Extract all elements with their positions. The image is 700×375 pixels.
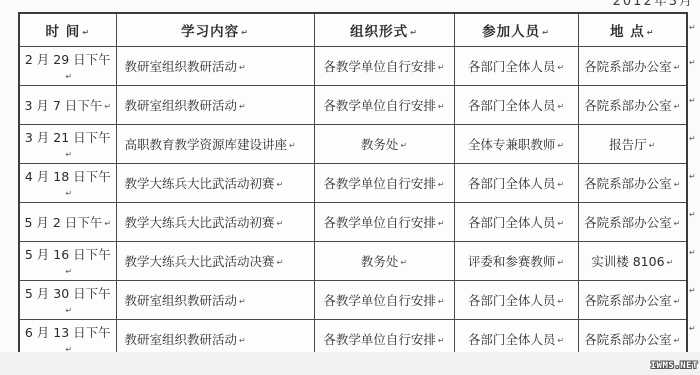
cell-text: 实训楼 8106	[591, 254, 664, 269]
row-end-mark-icon: ↵	[689, 211, 696, 219]
header-cell-2: 组织形式↵	[314, 13, 454, 47]
table-row: 4 月 18 日下午↵教学大练兵大比武活动初赛↵各教学单位自行安排↵各部门全体人…	[19, 164, 687, 203]
cell-text: 各院系部办公室	[584, 332, 672, 347]
schedule-table: 时 间↵学习内容↵组织形式↵参加人员↵地 点↵ 2 月 29 日下午↵教研室组织…	[18, 12, 688, 360]
cell-r0-c0: 2 月 29 日下午↵	[19, 47, 116, 86]
paragraph-mark-icon: ↵	[277, 180, 284, 189]
paragraph-mark-icon: ↵	[239, 297, 246, 306]
cell-r1-c2: 各教学单位自行安排↵	[314, 86, 454, 125]
paragraph-mark-icon: ↵	[400, 141, 407, 150]
paragraph-mark-icon: ↵	[65, 267, 72, 276]
cell-text: 教学大练兵大比武活动决赛	[125, 254, 275, 269]
header-cell-3: 参加人员↵	[454, 13, 578, 47]
cell-text: 报告厅	[609, 137, 647, 152]
cell-text: 5 月 16 日下午	[25, 247, 111, 262]
cell-text: 各部门全体人员	[468, 215, 556, 230]
paragraph-mark-icon: ↵	[241, 28, 249, 37]
header-cell-4: 地 点↵	[578, 13, 687, 47]
paragraph-mark-icon: ↵	[542, 28, 550, 37]
cell-r6-c3: 各部门全体人员↵	[454, 281, 578, 320]
cell-text: 2 月 29 日下午	[25, 52, 111, 67]
paragraph-mark-icon: ↵	[667, 258, 674, 267]
cell-text: 各院系部办公室	[584, 215, 672, 230]
table-row: 5 月 16 日下午↵教学大练兵大比武活动决赛↵教务处↵评委和参赛教师↵实训楼 …	[19, 242, 687, 281]
paragraph-mark-icon: ↵	[277, 258, 284, 267]
cell-text: 参加人员	[482, 24, 540, 40]
cell-r6-c0: 5 月 30 日下午↵	[19, 281, 116, 320]
row-end-mark-icon: ↵	[689, 135, 696, 143]
cell-text: 时 间	[46, 24, 81, 40]
paragraph-mark-icon: ↵	[410, 28, 418, 37]
bottom-strip	[0, 352, 700, 375]
cell-text: 各院系部办公室	[584, 176, 672, 191]
cell-text: 各教学单位自行安排	[323, 98, 436, 113]
cell-r2-c4: 报告厅↵	[578, 125, 687, 164]
paragraph-mark-icon: ↵	[104, 102, 111, 111]
paragraph-mark-icon: ↵	[239, 63, 246, 72]
cell-text: 各部门全体人员	[468, 332, 556, 347]
cell-r1-c0: 3 月 7 日下午↵	[19, 86, 116, 125]
paragraph-mark-icon: ↵	[557, 336, 564, 345]
paragraph-mark-icon: ↵	[65, 150, 72, 159]
paragraph-mark-icon: ↵	[239, 102, 246, 111]
cell-text: 学习内容	[181, 24, 239, 40]
cell-text: 全体专兼职教师	[468, 137, 556, 152]
cell-r3-c4: 各院系部办公室↵	[578, 164, 687, 203]
header-cell-1: 学习内容↵	[116, 13, 314, 47]
cell-r0-c4: 各院系部办公室↵	[578, 47, 687, 86]
paragraph-mark-icon: ↵	[82, 28, 90, 37]
cell-r5-c2: 教务处↵	[314, 242, 454, 281]
cell-text: 各部门全体人员	[468, 293, 556, 308]
paragraph-mark-icon: ↵	[104, 219, 111, 228]
paragraph-mark-icon: ↵	[438, 219, 445, 228]
cell-text: 6 月 13 日下午	[25, 325, 111, 340]
cell-r4-c2: 各教学单位自行安排↵	[314, 203, 454, 242]
cell-text: 各教学单位自行安排	[323, 176, 436, 191]
cell-text: 教研室组织教研活动	[125, 98, 238, 113]
cell-text: 各部门全体人员	[468, 176, 556, 191]
cell-r4-c3: 各部门全体人员↵	[454, 203, 578, 242]
cell-r4-c1: 教学大练兵大比武活动初赛↵	[116, 203, 314, 242]
cell-r4-c4: 各院系部办公室↵	[578, 203, 687, 242]
paragraph-mark-icon: ↵	[438, 336, 445, 345]
paragraph-mark-icon: ↵	[438, 180, 445, 189]
paragraph-mark-icon: ↵	[65, 306, 72, 315]
paragraph-mark-icon: ↵	[674, 102, 681, 111]
paragraph-mark-icon: ↵	[239, 336, 246, 345]
row-end-mark-icon: ↵	[689, 59, 696, 67]
paragraph-mark-icon: ↵	[65, 189, 72, 198]
cell-text: 5 月 2 日下午	[24, 215, 102, 230]
cell-r0-c1: 教研室组织教研活动↵	[116, 47, 314, 86]
paragraph-mark-icon: ↵	[557, 297, 564, 306]
cell-text: 教务处	[361, 137, 399, 152]
schedule-header: 时 间↵学习内容↵组织形式↵参加人员↵地 点↵	[19, 13, 687, 47]
cell-r2-c1: 高职教育教学资源库建设讲座↵	[116, 125, 314, 164]
paragraph-mark-icon: ↵	[674, 219, 681, 228]
cell-text: 教学大练兵大比武活动初赛	[125, 215, 275, 230]
cell-text: 5 月 30 日下午	[25, 286, 111, 301]
cell-text: 3 月 7 日下午	[24, 98, 102, 113]
cell-r3-c0: 4 月 18 日下午↵	[19, 164, 116, 203]
cell-text: 各教学单位自行安排	[323, 59, 436, 74]
cell-text: 组织形式	[350, 24, 408, 40]
paragraph-mark-icon: ↵	[647, 28, 655, 37]
cell-text: 各教学单位自行安排	[323, 332, 436, 347]
cell-text: 教研室组织教研活动	[125, 332, 238, 347]
cell-text: 3 月 21 日下午	[25, 130, 111, 145]
cell-r4-c0: 5 月 2 日下午↵	[19, 203, 116, 242]
schedule-body: 2 月 29 日下午↵教研室组织教研活动↵各教学单位自行安排↵各部门全体人员↵各…	[19, 47, 687, 360]
cell-r3-c3: 各部门全体人员↵	[454, 164, 578, 203]
cell-r2-c3: 全体专兼职教师↵	[454, 125, 578, 164]
table-row: 2 月 29 日下午↵教研室组织教研活动↵各教学单位自行安排↵各部门全体人员↵各…	[19, 47, 687, 86]
paragraph-mark-icon: ↵	[557, 63, 564, 72]
header-cell-0: 时 间↵	[19, 13, 116, 47]
row-end-mark-icon: ↵	[689, 287, 696, 295]
paragraph-mark-icon: ↵	[674, 180, 681, 189]
cell-text: 各院系部办公室	[584, 59, 672, 74]
header-row: 时 间↵学习内容↵组织形式↵参加人员↵地 点↵	[19, 13, 687, 47]
paragraph-mark-icon: ↵	[557, 219, 564, 228]
cell-r3-c2: 各教学单位自行安排↵	[314, 164, 454, 203]
cell-text: 地 点	[610, 24, 645, 40]
paragraph-mark-icon: ↵	[557, 258, 564, 267]
cell-r0-c2: 各教学单位自行安排↵	[314, 47, 454, 86]
cell-text: 各教学单位自行安排	[323, 293, 436, 308]
cell-r5-c4: 实训楼 8106↵	[578, 242, 687, 281]
table-row: 5 月 30 日下午↵教研室组织教研活动↵各教学单位自行安排↵各部门全体人员↵各…	[19, 281, 687, 320]
cell-r6-c4: 各院系部办公室↵	[578, 281, 687, 320]
watermark-text: iwms.net	[651, 361, 698, 371]
row-end-mark-icon: ↵	[689, 97, 696, 105]
paragraph-mark-icon: ↵	[400, 258, 407, 267]
cell-text: 各部门全体人员	[468, 59, 556, 74]
cell-r2-c0: 3 月 21 日下午↵	[19, 125, 116, 164]
cell-text: 各教学单位自行安排	[323, 215, 436, 230]
paragraph-mark-icon: ↵	[674, 297, 681, 306]
cell-r5-c3: 评委和参赛教师↵	[454, 242, 578, 281]
cell-r3-c1: 教学大练兵大比武活动初赛↵	[116, 164, 314, 203]
cell-r5-c1: 教学大练兵大比武活动决赛↵	[116, 242, 314, 281]
paragraph-mark-icon: ↵	[649, 141, 656, 150]
cell-r1-c4: 各院系部办公室↵	[578, 86, 687, 125]
cell-text: 高职教育教学资源库建设讲座	[125, 137, 288, 152]
cell-r1-c3: 各部门全体人员↵	[454, 86, 578, 125]
row-end-mark-icon: ↵	[689, 173, 696, 181]
paragraph-mark-icon: ↵	[674, 63, 681, 72]
cell-text: 教务处	[361, 254, 399, 269]
cell-text: 评委和参赛教师	[468, 254, 556, 269]
row-end-mark-icon: ↵	[689, 325, 696, 333]
table-row: 5 月 2 日下午↵教学大练兵大比武活动初赛↵各教学单位自行安排↵各部门全体人员…	[19, 203, 687, 242]
paragraph-mark-icon: ↵	[438, 102, 445, 111]
paragraph-mark-icon: ↵	[674, 336, 681, 345]
cell-r0-c3: 各部门全体人员↵	[454, 47, 578, 86]
table-row: 3 月 21 日下午↵高职教育教学资源库建设讲座↵教务处↵全体专兼职教师↵报告厅…	[19, 125, 687, 164]
cell-text: 教研室组织教研活动	[125, 59, 238, 74]
table-row: 3 月 7 日下午↵教研室组织教研活动↵各教学单位自行安排↵各部门全体人员↵各院…	[19, 86, 687, 125]
paragraph-mark-icon: ↵	[438, 63, 445, 72]
cell-r1-c1: 教研室组织教研活动↵	[116, 86, 314, 125]
cell-text: 各院系部办公室	[584, 293, 672, 308]
paragraph-mark-icon: ↵	[438, 297, 445, 306]
cell-text: 各部门全体人员	[468, 98, 556, 113]
cell-r6-c2: 各教学单位自行安排↵	[314, 281, 454, 320]
paragraph-mark-icon: ↵	[557, 102, 564, 111]
cell-r5-c0: 5 月 16 日下午↵	[19, 242, 116, 281]
cell-text: 教研室组织教研活动	[125, 293, 238, 308]
paragraph-mark-icon: ↵	[65, 72, 72, 81]
cell-r2-c2: 教务处↵	[314, 125, 454, 164]
row-end-mark-icon: ↵	[689, 249, 696, 257]
paragraph-mark-icon: ↵	[557, 141, 564, 150]
document-page: 2012年3月 时 间↵学习内容↵组织形式↵参加人员↵地 点↵ 2 月 29 日…	[0, 0, 700, 375]
paragraph-mark-icon: ↵	[277, 219, 284, 228]
top-right-date: 2012年3月	[613, 0, 694, 9]
cell-text: 4 月 18 日下午	[25, 169, 111, 184]
cell-r6-c1: 教研室组织教研活动↵	[116, 281, 314, 320]
cell-text: 教学大练兵大比武活动初赛	[125, 176, 275, 191]
row-end-mark-icon: ↵	[689, 24, 696, 32]
cell-text: 各院系部办公室	[584, 98, 672, 113]
paragraph-mark-icon: ↵	[557, 180, 564, 189]
paragraph-mark-icon: ↵	[289, 141, 296, 150]
